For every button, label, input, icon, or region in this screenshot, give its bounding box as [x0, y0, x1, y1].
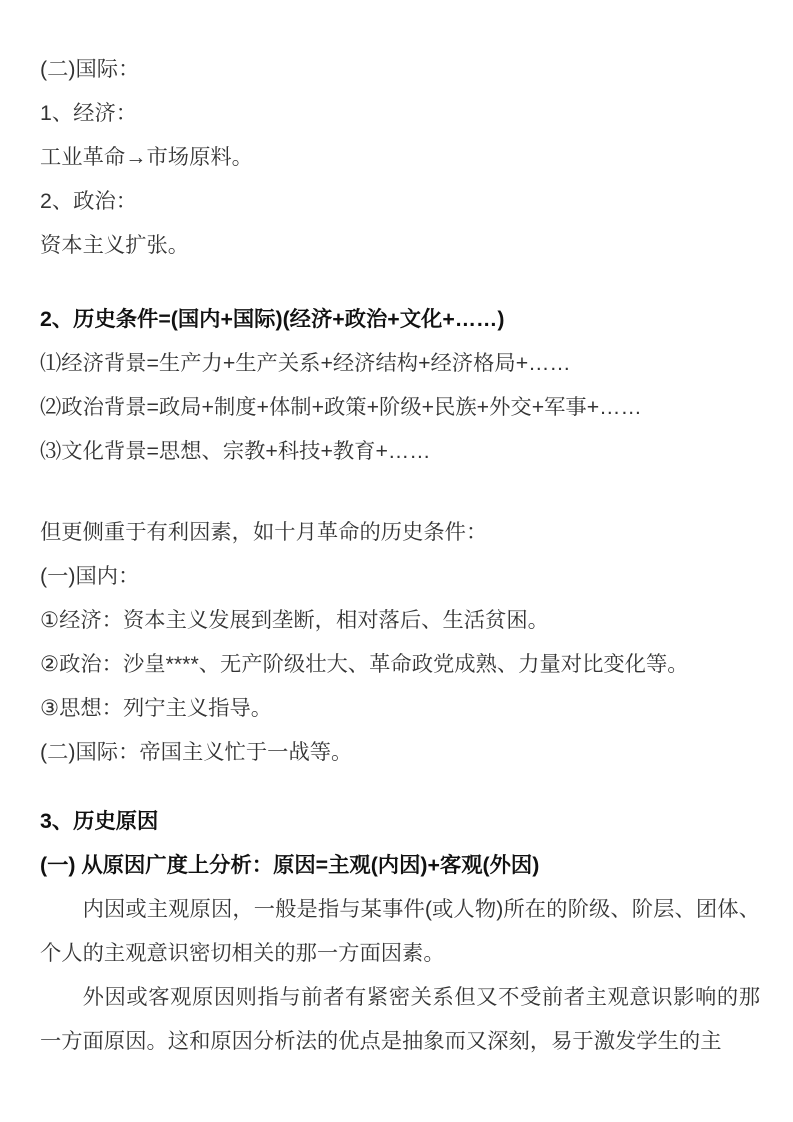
text-line-industrial-revolution: 工业革命→市场原料。	[40, 135, 760, 179]
section-historical-conditions: 2、历史条件=(国内+国际)(经济+政治+文化+……) ⑴经济背景=生产力+生产…	[40, 297, 760, 473]
heading-historical-conditions: 2、历史条件=(国内+国际)(经济+政治+文化+……)	[40, 297, 760, 341]
heading-cause-breadth-analysis: (一) 从原因广度上分析：原因=主观(内因)+客观(外因)	[40, 843, 760, 887]
text-line-politics-label: 2、政治：	[40, 179, 760, 223]
section-historical-causes: 3、历史原因 (一) 从原因广度上分析：原因=主观(内因)+客观(外因) 内因或…	[40, 799, 760, 1063]
section-international: (二)国际： 1、经济： 工业革命→市场原料。 2、政治： 资本主义扩张。	[40, 47, 760, 267]
text-line-international-imperialism: (二)国际：帝国主义忙于一战等。	[40, 730, 760, 774]
text-line-domestic-thought: ③思想：列宁主义指导。	[40, 686, 760, 730]
heading-historical-causes: 3、历史原因	[40, 799, 760, 843]
paragraph-external-cause: 外因或客观原因则指与前者有紧密关系但又不受前者主观意识影响的那一方面原因。这和原…	[40, 975, 760, 1063]
text-line-economic-background: ⑴经济背景=生产力+生产关系+经济结构+经济格局+……	[40, 341, 760, 385]
section-october-revolution-example: 但更侧重于有利因素，如十月革命的历史条件： (一)国内： ①经济：资本主义发展到…	[40, 510, 760, 774]
text-line-domestic-economy: ①经济：资本主义发展到垄断，相对落后、生活贫困。	[40, 598, 760, 642]
text-line-capitalism-expansion: 资本主义扩张。	[40, 223, 760, 267]
text-line-domestic-label: (一)国内：	[40, 554, 760, 598]
text-line-domestic-politics: ②政治：沙皇****、无产阶级壮大、革命政党成熟、力量对比变化等。	[40, 642, 760, 686]
document-page: (二)国际： 1、经济： 工业革命→市场原料。 2、政治： 资本主义扩张。 2、…	[0, 0, 793, 1122]
text-line-cultural-background: ⑶文化背景=思想、宗教+科技+教育+……	[40, 429, 760, 473]
text-line-economy-label: 1、经济：	[40, 91, 760, 135]
paragraph-internal-cause: 内因或主观原因，一般是指与某事件(或人物)所在的阶级、阶层、团体、个人的主观意识…	[40, 887, 760, 975]
text-line-international-label: (二)国际：	[40, 47, 760, 91]
text-line-political-background: ⑵政治背景=政局+制度+体制+政策+阶级+民族+外交+军事+……	[40, 385, 760, 429]
text-line-favorable-factors: 但更侧重于有利因素，如十月革命的历史条件：	[40, 510, 760, 554]
